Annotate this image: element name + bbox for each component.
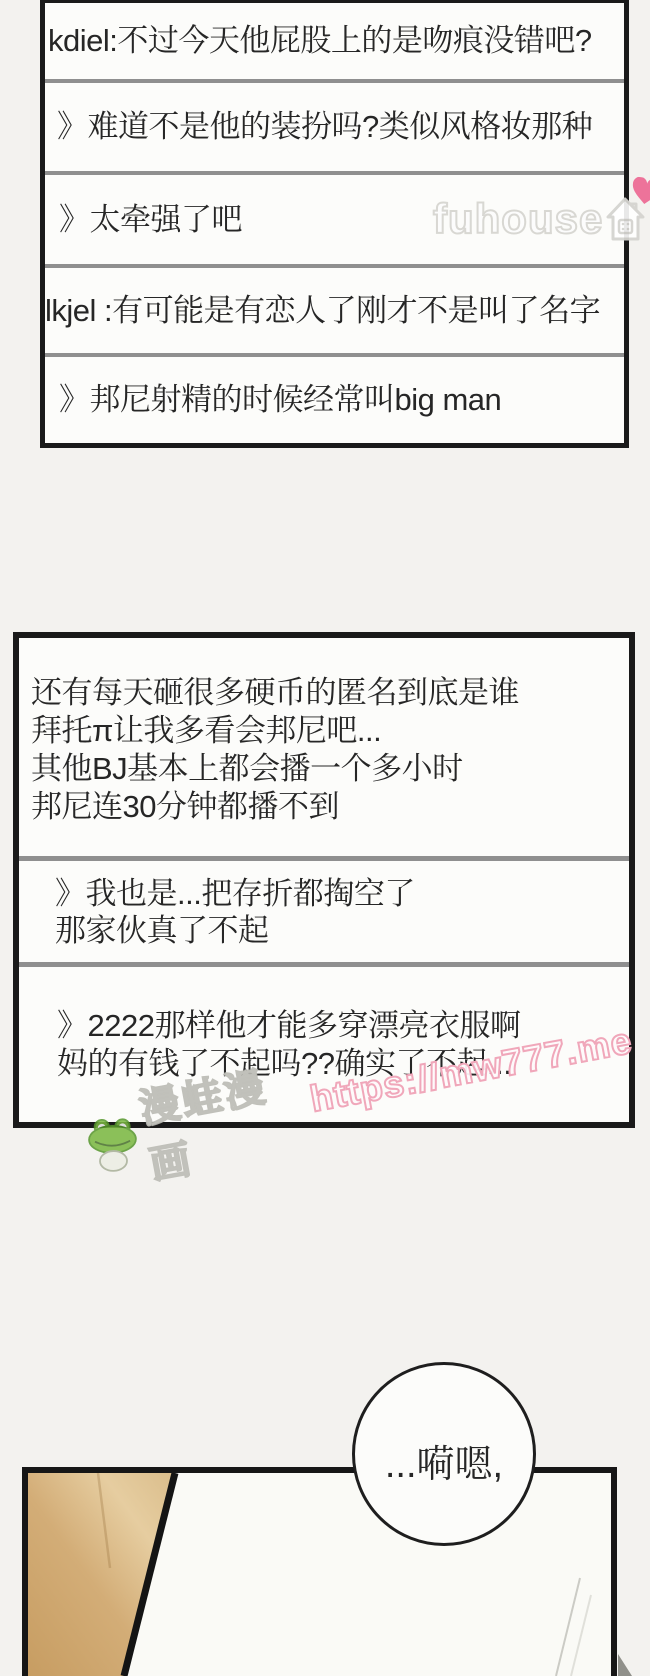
corner-shadow: [618, 1652, 636, 1676]
chat-message-text: kdiel:不过今天他屁股上的是吻痕没错吧?: [48, 22, 624, 60]
fuhouse-logo-text: fuhouse: [433, 198, 603, 240]
chat-message: kdiel:不过今天他屁股上的是吻痕没错吧?: [45, 3, 624, 79]
fuhouse-watermark: fuhouse: [433, 196, 645, 240]
panel-artwork: [28, 1473, 611, 1676]
chat-message-text: 》邦尼射精的时候经常叫big man: [59, 381, 624, 419]
chat-message: 》我也是...把存折都掏空了 那家伙真了不起: [19, 861, 629, 962]
chat-message-text: 》难道不是他的装扮吗?类似风格妆那种: [57, 108, 624, 146]
chat-message-text: 》我也是...把存折都掏空了: [55, 875, 629, 912]
chat-message: 》难道不是他的装扮吗?类似风格妆那种: [45, 83, 624, 171]
frog-icon: [85, 1116, 140, 1173]
speech-bubble-text: ...嗬嗯,: [385, 1433, 503, 1488]
chat-message: 》邦尼射精的时候经常叫big man: [45, 357, 624, 443]
webtoon-page: kdiel:不过今天他屁股上的是吻痕没错吧? 》难道不是他的装扮吗?类似风格妆那…: [0, 0, 650, 1676]
speech-bubble: ...嗬嗯,: [352, 1362, 536, 1546]
chat-message-text: lkjel :有可能是有恋人了刚才不是叫了名字: [45, 292, 624, 330]
chat-message-text: 其他BJ基本上都会播一个多小时: [31, 750, 629, 788]
chat-message: lkjel :有可能是有恋人了刚才不是叫了名字: [45, 268, 624, 353]
chat-message-text: 邦尼连30分钟都播不到: [31, 788, 629, 826]
chat-message-text: 拜托π让我多看会邦尼吧...: [31, 712, 629, 750]
manwa-site-name: 漫蛙漫画: [134, 1049, 316, 1191]
heart-icon: [630, 176, 650, 207]
chat-message-text: 还有每天砸很多硬币的匿名到底是谁: [31, 674, 629, 712]
bottom-panel: [22, 1467, 617, 1676]
chat-message-text: 那家伙真了不起: [55, 912, 629, 949]
chat-message: 还有每天砸很多硬币的匿名到底是谁 拜托π让我多看会邦尼吧... 其他BJ基本上都…: [19, 638, 629, 856]
